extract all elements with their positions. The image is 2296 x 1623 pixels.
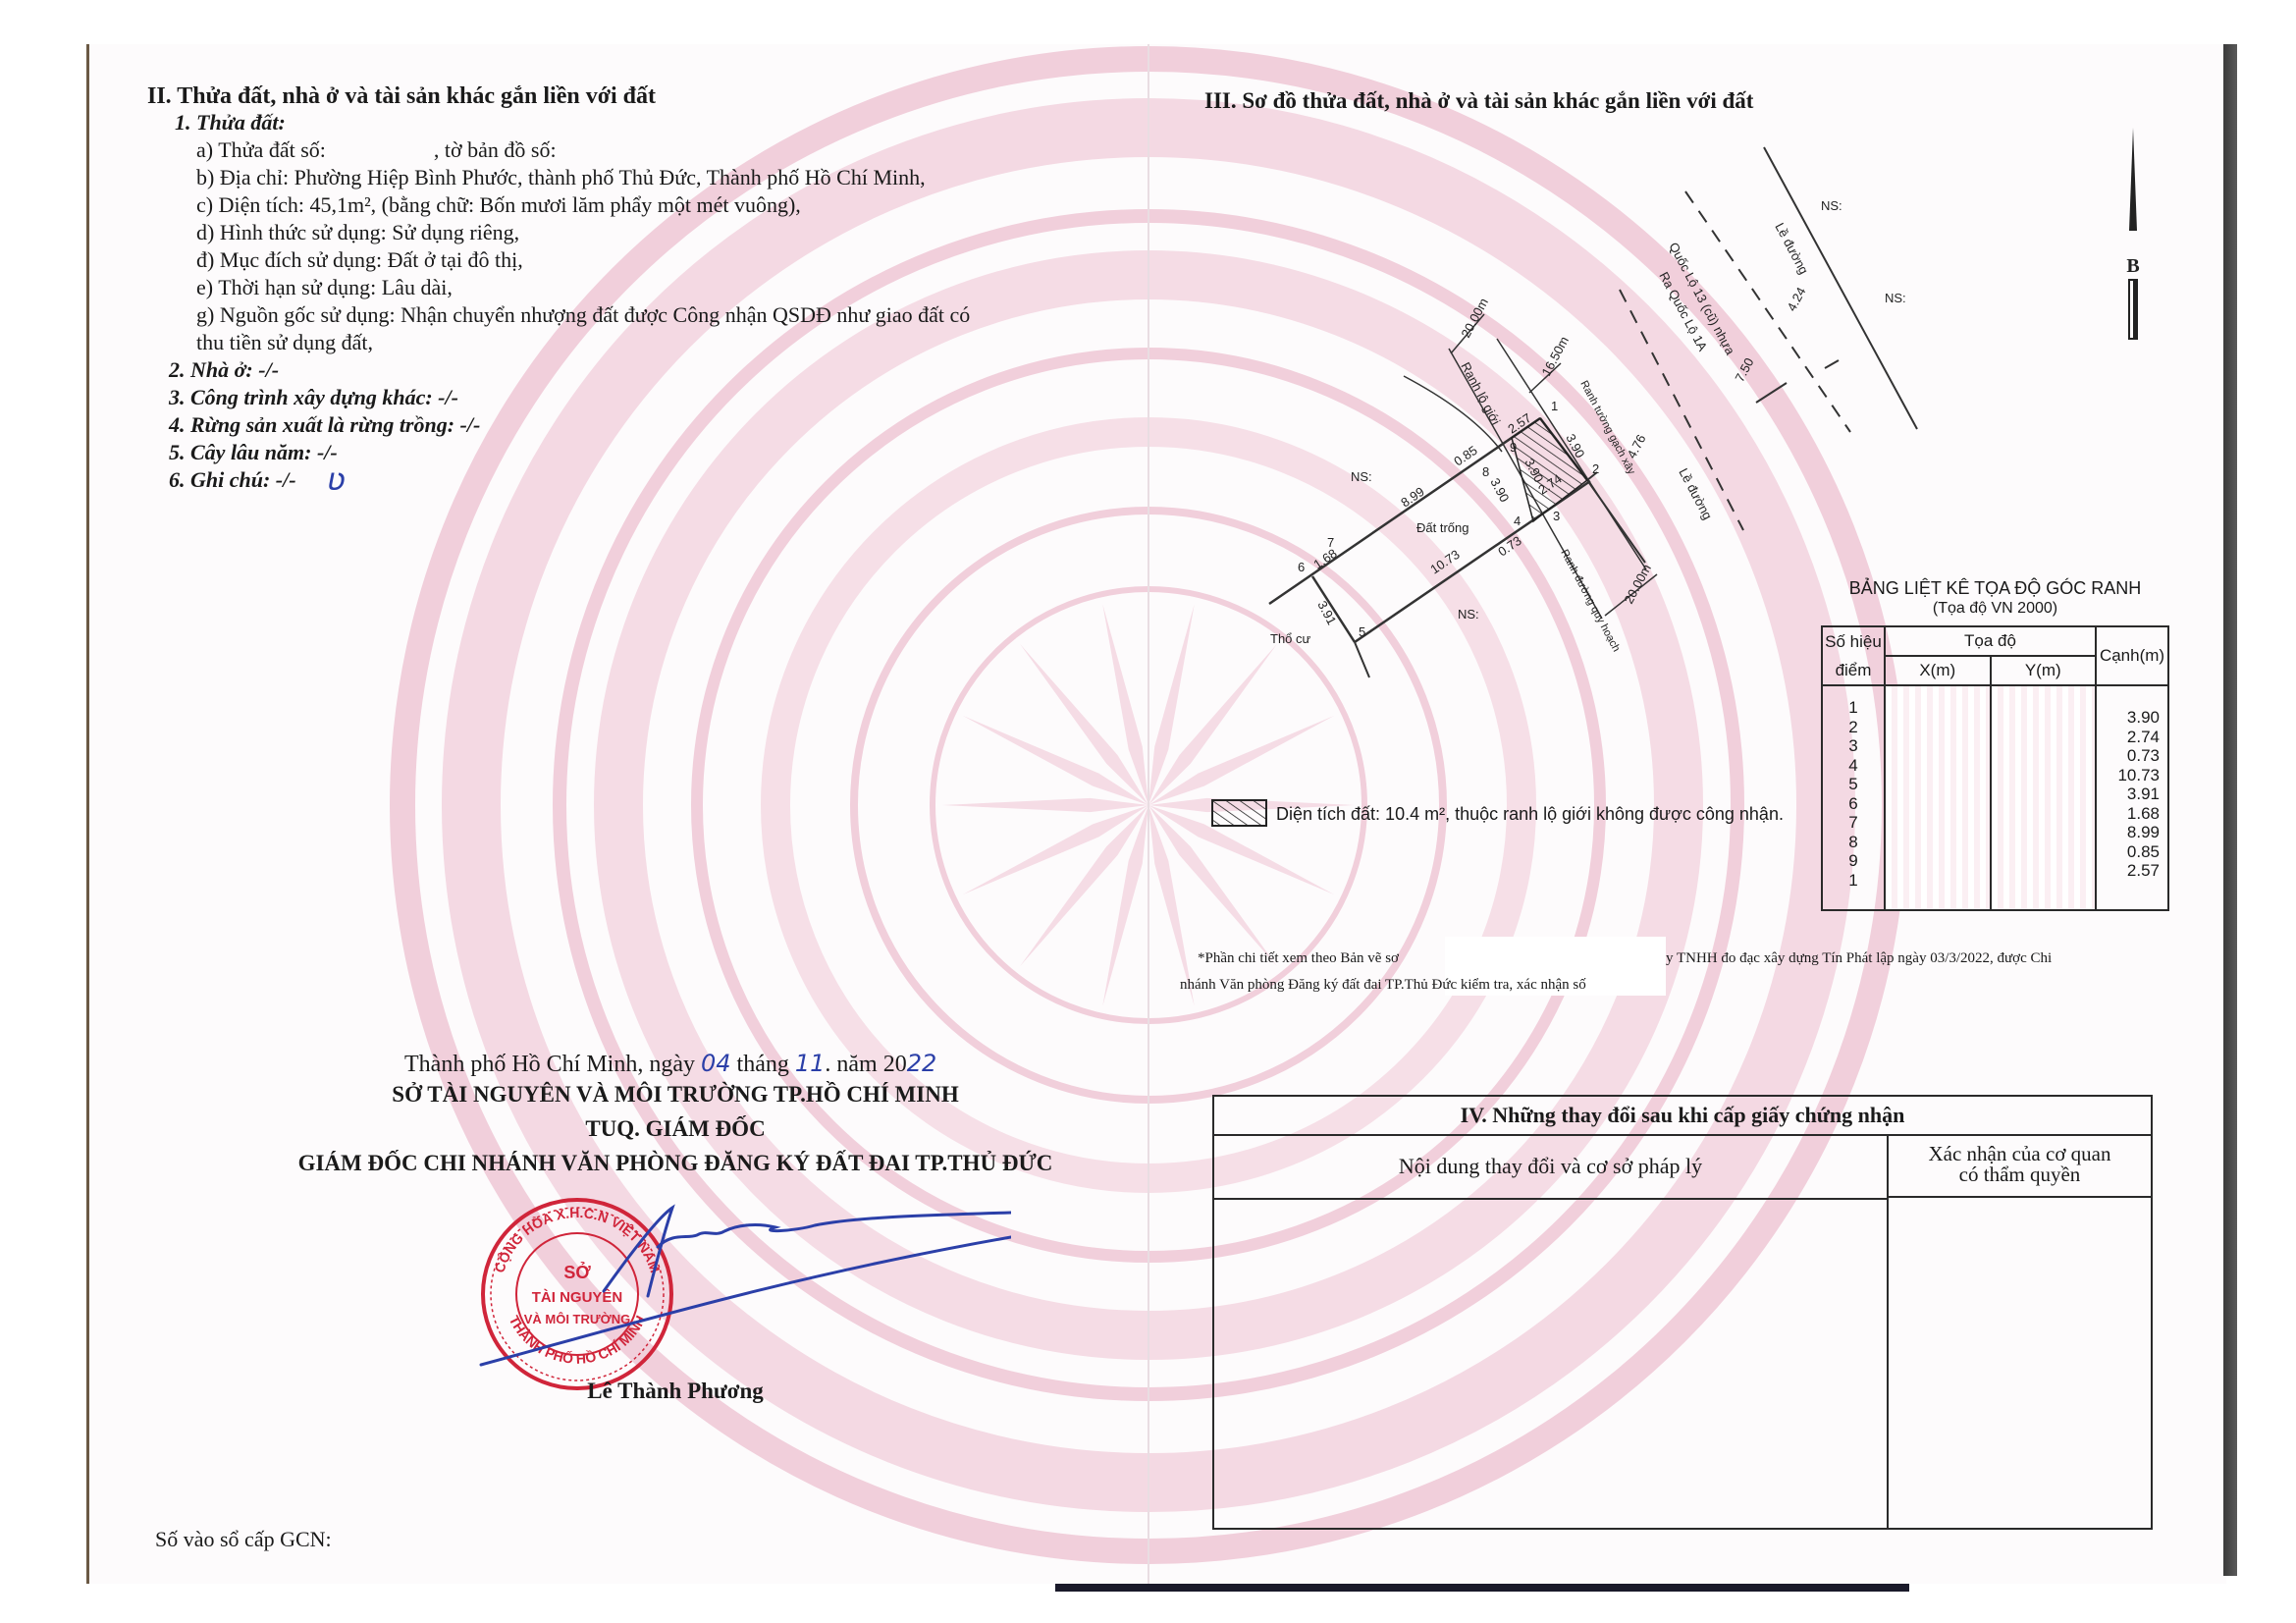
point-number: 2 <box>1823 718 1884 737</box>
point-number: 8 <box>1823 833 1884 852</box>
point-number: 7 <box>1823 813 1884 833</box>
edge-length: 0.73 <box>2097 746 2160 766</box>
point-list: 1234567891 <box>1822 685 1885 910</box>
edge-length: 2.57 <box>2097 861 2160 881</box>
svg-text:3.91: 3.91 <box>1314 598 1339 626</box>
col-point-header-2: điểm <box>1822 656 1885 685</box>
svg-text:Ranh đường quy hoạch: Ranh đường quy hoạch <box>1558 548 1622 654</box>
svg-text:9: 9 <box>1510 440 1517 455</box>
y-coord-cell-redacted <box>1991 685 2097 910</box>
col-point-header-1: Số hiệu <box>1822 626 1885 656</box>
changes-col-content: Nội dung thay đổi và cơ sở pháp lý <box>1214 1134 1887 1200</box>
svg-text:4.24: 4.24 <box>1784 285 1808 313</box>
point-number: 1 <box>1823 698 1884 718</box>
svg-text:0.85: 0.85 <box>1451 443 1479 469</box>
coord-table-subtitle: (Tọa độ VN 2000) <box>1821 601 2169 617</box>
svg-text:Lề đường: Lề đường <box>1676 465 1715 521</box>
svg-text:7: 7 <box>1327 535 1334 550</box>
col-x-header: X(m) <box>1885 656 1991 685</box>
changes-col-confirmation: Xác nhận của cơ quan có thẩm quyền <box>1887 1134 2151 1198</box>
svg-text:6: 6 <box>1298 560 1305 574</box>
col-y-header: Y(m) <box>1991 656 2097 685</box>
svg-text:8: 8 <box>1482 464 1489 479</box>
svg-text:0.73: 0.73 <box>1495 533 1523 560</box>
svg-text:1.68: 1.68 <box>1310 546 1339 572</box>
svg-text:NS:: NS: <box>1885 291 1906 305</box>
svg-text:4: 4 <box>1514 514 1521 528</box>
svg-text:3.90: 3.90 <box>1487 475 1512 504</box>
edge-list: 3.902.740.7310.733.911.688.990.852.57 <box>2096 685 2168 910</box>
edge-length: 8.99 <box>2097 823 2160 842</box>
svg-text:Thổ cư: Thổ cư <box>1270 631 1311 646</box>
changes-table: IV. Những thay đổi sau khi cấp giấy chứn… <box>1212 1095 2153 1530</box>
col-coord-header: Tọa độ <box>1885 626 2096 656</box>
footnote-line-1b: y TNHH đo đạc xây dựng Tín Phát lập ngày… <box>1666 951 2052 966</box>
edge-length: 0.85 <box>2097 842 2160 862</box>
confirmation-header-line-2: có thẩm quyền <box>1889 1164 2151 1185</box>
svg-text:Ranh tường gạch xây: Ranh tường gạch xây <box>1577 379 1637 477</box>
svg-text:5: 5 <box>1359 624 1365 639</box>
svg-text:16.50m: 16.50m <box>1538 334 1572 378</box>
svg-text:2: 2 <box>1592 461 1599 476</box>
edge-length: 3.91 <box>2097 784 2160 804</box>
confirmation-header-line-1: Xác nhận của cơ quan <box>1889 1144 2151 1164</box>
changes-table-title: IV. Những thay đổi sau khi cấp giấy chứn… <box>1214 1097 2151 1136</box>
svg-text:3: 3 <box>1553 509 1560 523</box>
svg-text:1: 1 <box>1551 399 1558 413</box>
coord-table: Số hiệu Tọa độ Cạnh(m) điểm X(m) Y(m) 12… <box>1821 625 2169 911</box>
svg-text:20.00m: 20.00m <box>1621 562 1654 606</box>
footnote-line-2: nhánh Văn phòng Đăng ký đất đai TP.Thủ Đ… <box>1180 978 1586 993</box>
svg-text:7.50: 7.50 <box>1732 355 1756 384</box>
svg-text:Ranh lộ giới: Ranh lộ giới <box>1458 359 1503 427</box>
edge-length: 1.68 <box>2097 804 2160 824</box>
edge-length: 2.74 <box>2097 728 2160 747</box>
footnote-line-1a: *Phần chi tiết xem theo Bản vẽ sơ <box>1198 951 1399 966</box>
coord-table-title: BẢNG LIỆT KÊ TỌA ĐỘ GÓC RANH <box>1821 579 2169 597</box>
point-number: 3 <box>1823 736 1884 756</box>
point-number: 1 <box>1823 871 1884 891</box>
point-number: 6 <box>1823 794 1884 814</box>
edge-length: 10.73 <box>2097 766 2160 785</box>
svg-text:NS:: NS: <box>1821 198 1842 213</box>
changes-column-divider <box>1887 1198 1889 1528</box>
svg-text:20.00m: 20.00m <box>1458 296 1491 340</box>
col-edge-header: Cạnh(m) <box>2096 626 2168 685</box>
svg-text:Lề đường: Lề đường <box>1772 220 1811 276</box>
svg-text:NS:: NS: <box>1458 607 1479 622</box>
x-coord-cell-redacted <box>1885 685 1991 910</box>
edge-length: 3.90 <box>2097 708 2160 728</box>
hatch-legend-text: Diện tích đất: 10.4 m², thuộc ranh lộ gi… <box>1276 805 1784 823</box>
svg-text:NS:: NS: <box>1351 469 1372 484</box>
point-number: 9 <box>1823 851 1884 871</box>
point-number: 5 <box>1823 775 1884 794</box>
point-number: 4 <box>1823 756 1884 776</box>
svg-text:Đất trống: Đất trống <box>1416 520 1468 535</box>
